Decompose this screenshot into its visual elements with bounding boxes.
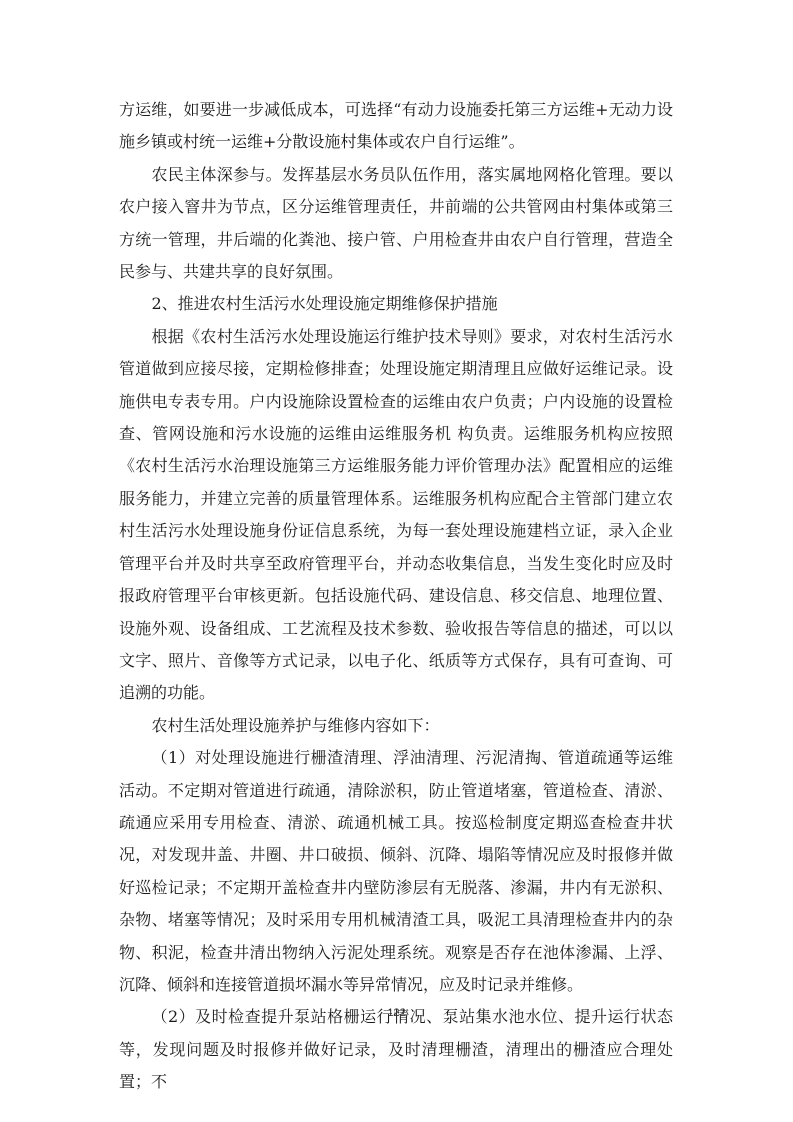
paragraph-guidelines: 根据《农村生活污水处理设施运行维护技术导则》要求，对农村生活污水管道做到应接尽接… bbox=[119, 321, 673, 710]
paragraph-maintenance-intro: 农村生活处理设施养护与维修内容如下： bbox=[119, 710, 673, 742]
document-page: 方运维，如要进一步减低成本，可选择“有动力设施委托第三方运维+无动力设施乡镇或村… bbox=[0, 0, 793, 1122]
paragraph-continuation: 方运维，如要进一步减低成本，可选择“有动力设施委托第三方运维+无动力设施乡镇或村… bbox=[119, 94, 673, 159]
body-text: 方运维，如要进一步减低成本，可选择“有动力设施委托第三方运维+无动力设施乡镇或村… bbox=[119, 94, 673, 1099]
list-item-1: （1）对处理设施进行栅渣清理、浮油清理、污泥清掏、管道疏通等运维活动。不定期对管… bbox=[119, 742, 673, 1001]
page-number: 122 bbox=[0, 1007, 793, 1019]
section-heading: 2、推进农村生活污水处理设施定期维修保护措施 bbox=[119, 288, 673, 320]
paragraph-farmer-participation: 农民主体深参与。发挥基层水务员队伍作用，落实属地网格化管理。要以农户接入窨井为节… bbox=[119, 159, 673, 289]
